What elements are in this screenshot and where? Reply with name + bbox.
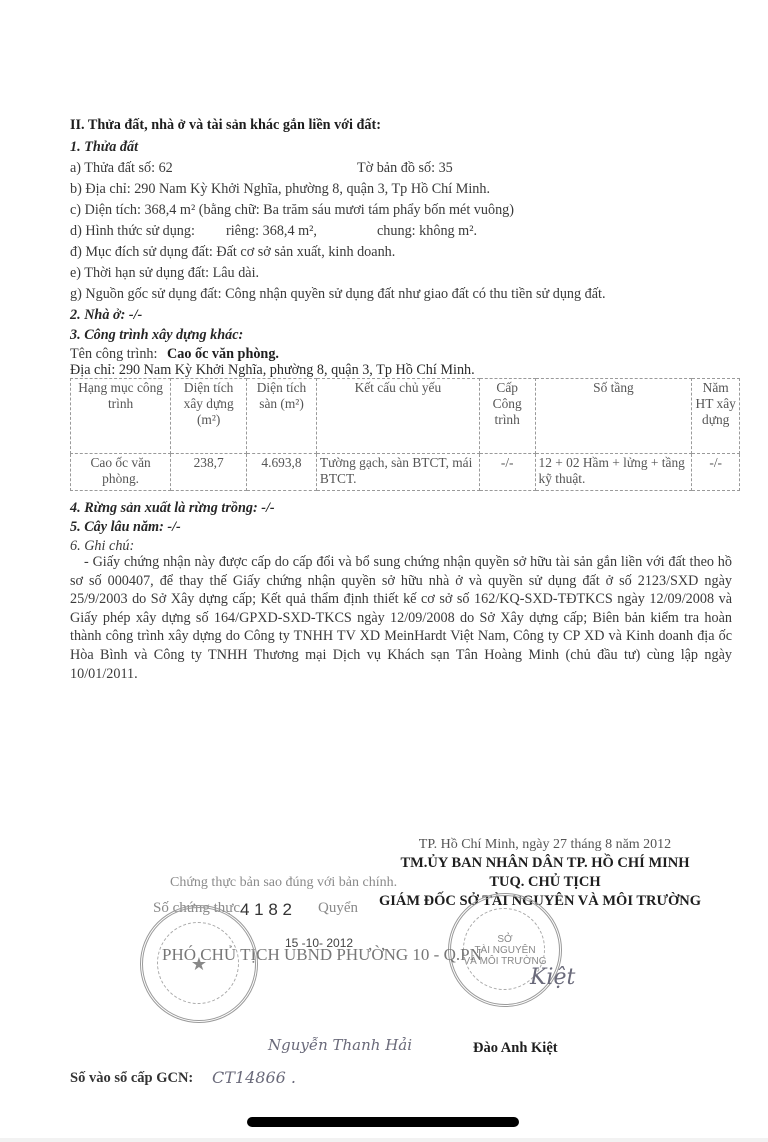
usage-shared: chung: không m². <box>377 223 477 240</box>
registry-value: CT14866 . <box>212 1068 296 1087</box>
work-name-label: Tên công trình: <box>70 346 157 362</box>
director-signature: Kiệt <box>530 965 575 990</box>
cell-completion-year: -/- <box>692 454 740 491</box>
usage-private: riêng: 368,4 m², <box>226 223 317 240</box>
perennial-trees-heading: 5. Cây lâu năm: -/- <box>70 519 181 536</box>
other-works-heading: 3. Công trình xây dựng khác: <box>70 327 243 344</box>
cell-building-area: 238,7 <box>171 454 247 491</box>
notes-text: - Giấy chứng nhận này được cấp do cấp đổ… <box>70 553 732 683</box>
usage-form-label: d) Hình thức sử dụng: <box>70 223 195 240</box>
bottom-strip <box>0 1138 768 1142</box>
header-floor-area: Diện tích sàn (m²) <box>247 379 317 454</box>
org-line-2: TUQ. CHỦ TỊCH <box>360 874 730 891</box>
plot-number: a) Thửa đất số: 62 <box>70 160 173 177</box>
header-floors: Số tầng <box>535 379 692 454</box>
land-address: b) Địa chỉ: 290 Nam Kỳ Khởi Nghĩa, phườn… <box>70 181 490 198</box>
registry-label: Số vào sổ cấp GCN: <box>70 1070 193 1087</box>
header-building-area: Diện tích xây dựng (m²) <box>171 379 247 454</box>
work-name: Tên công trình: Cao ốc văn phòng. <box>70 346 279 363</box>
certification-number-value: 4 1 8 2 <box>240 901 292 918</box>
production-forest-heading: 4. Rừng sản xuất là rừng trồng: -/- <box>70 500 275 517</box>
land-term: e) Thời hạn sử dụng đất: Lâu dài. <box>70 265 259 282</box>
certification-book-label: Quyển <box>318 900 358 917</box>
cell-grade: -/- <box>479 454 535 491</box>
certification-line: Chứng thực bản sao đúng với bản chính. <box>170 874 397 891</box>
cell-floors: 12 + 02 Hầm + lửng + tầng kỹ thuật. <box>535 454 692 491</box>
works-table: Hạng mục công trình Diện tích xây dựng (… <box>70 378 740 491</box>
table-header-row: Hạng mục công trình Diện tích xây dựng (… <box>71 379 740 454</box>
cell-structure: Tường gạch, sàn BTCT, mái BTCT. <box>316 454 479 491</box>
home-indicator[interactable] <box>247 1117 519 1127</box>
land-area: c) Diện tích: 368,4 m² (bằng chữ: Ba tră… <box>70 202 514 219</box>
section-title: II. Thửa đất, nhà ở và tài sản khác gắn … <box>70 117 381 134</box>
house-heading: 2. Nhà ở: -/- <box>70 307 142 324</box>
org-line-1: TM.ỦY BAN NHÂN DÂN TP. HỒ CHÍ MINH <box>360 855 730 872</box>
officer-name-signature: Nguyễn Thanh Hải <box>268 1036 412 1054</box>
header-completion-year: Năm HT xây dựng <box>692 379 740 454</box>
place-date: TP. Hồ Chí Minh, ngày 27 tháng 8 năm 201… <box>360 837 730 853</box>
land-purpose: đ) Mục đích sử dụng đất: Đất cơ sở sản x… <box>70 244 395 261</box>
header-category: Hạng mục công trình <box>71 379 171 454</box>
table-row: Cao ốc văn phòng. 238,7 4.693,8 Tường gạ… <box>71 454 740 491</box>
map-sheet-number: Tờ bản đồ số: 35 <box>357 160 453 177</box>
ward-stamp: ★ <box>140 905 258 1023</box>
land-plot-heading: 1. Thửa đất <box>70 139 138 156</box>
director-name: Đào Anh Kiệt <box>473 1040 558 1057</box>
land-origin: g) Nguồn gốc sử dụng đất: Công nhận quyề… <box>70 286 606 303</box>
header-grade: Cấp Công trình <box>479 379 535 454</box>
work-address: Địa chỉ: 290 Nam Kỳ Khởi Nghĩa, phường 8… <box>70 362 475 379</box>
cell-category: Cao ốc văn phòng. <box>71 454 171 491</box>
stamp-inner-ring <box>157 922 239 1004</box>
cell-floor-area: 4.693,8 <box>247 454 317 491</box>
header-structure: Kết cấu chủ yếu <box>316 379 479 454</box>
work-name-value: Cao ốc văn phòng. <box>167 346 279 362</box>
